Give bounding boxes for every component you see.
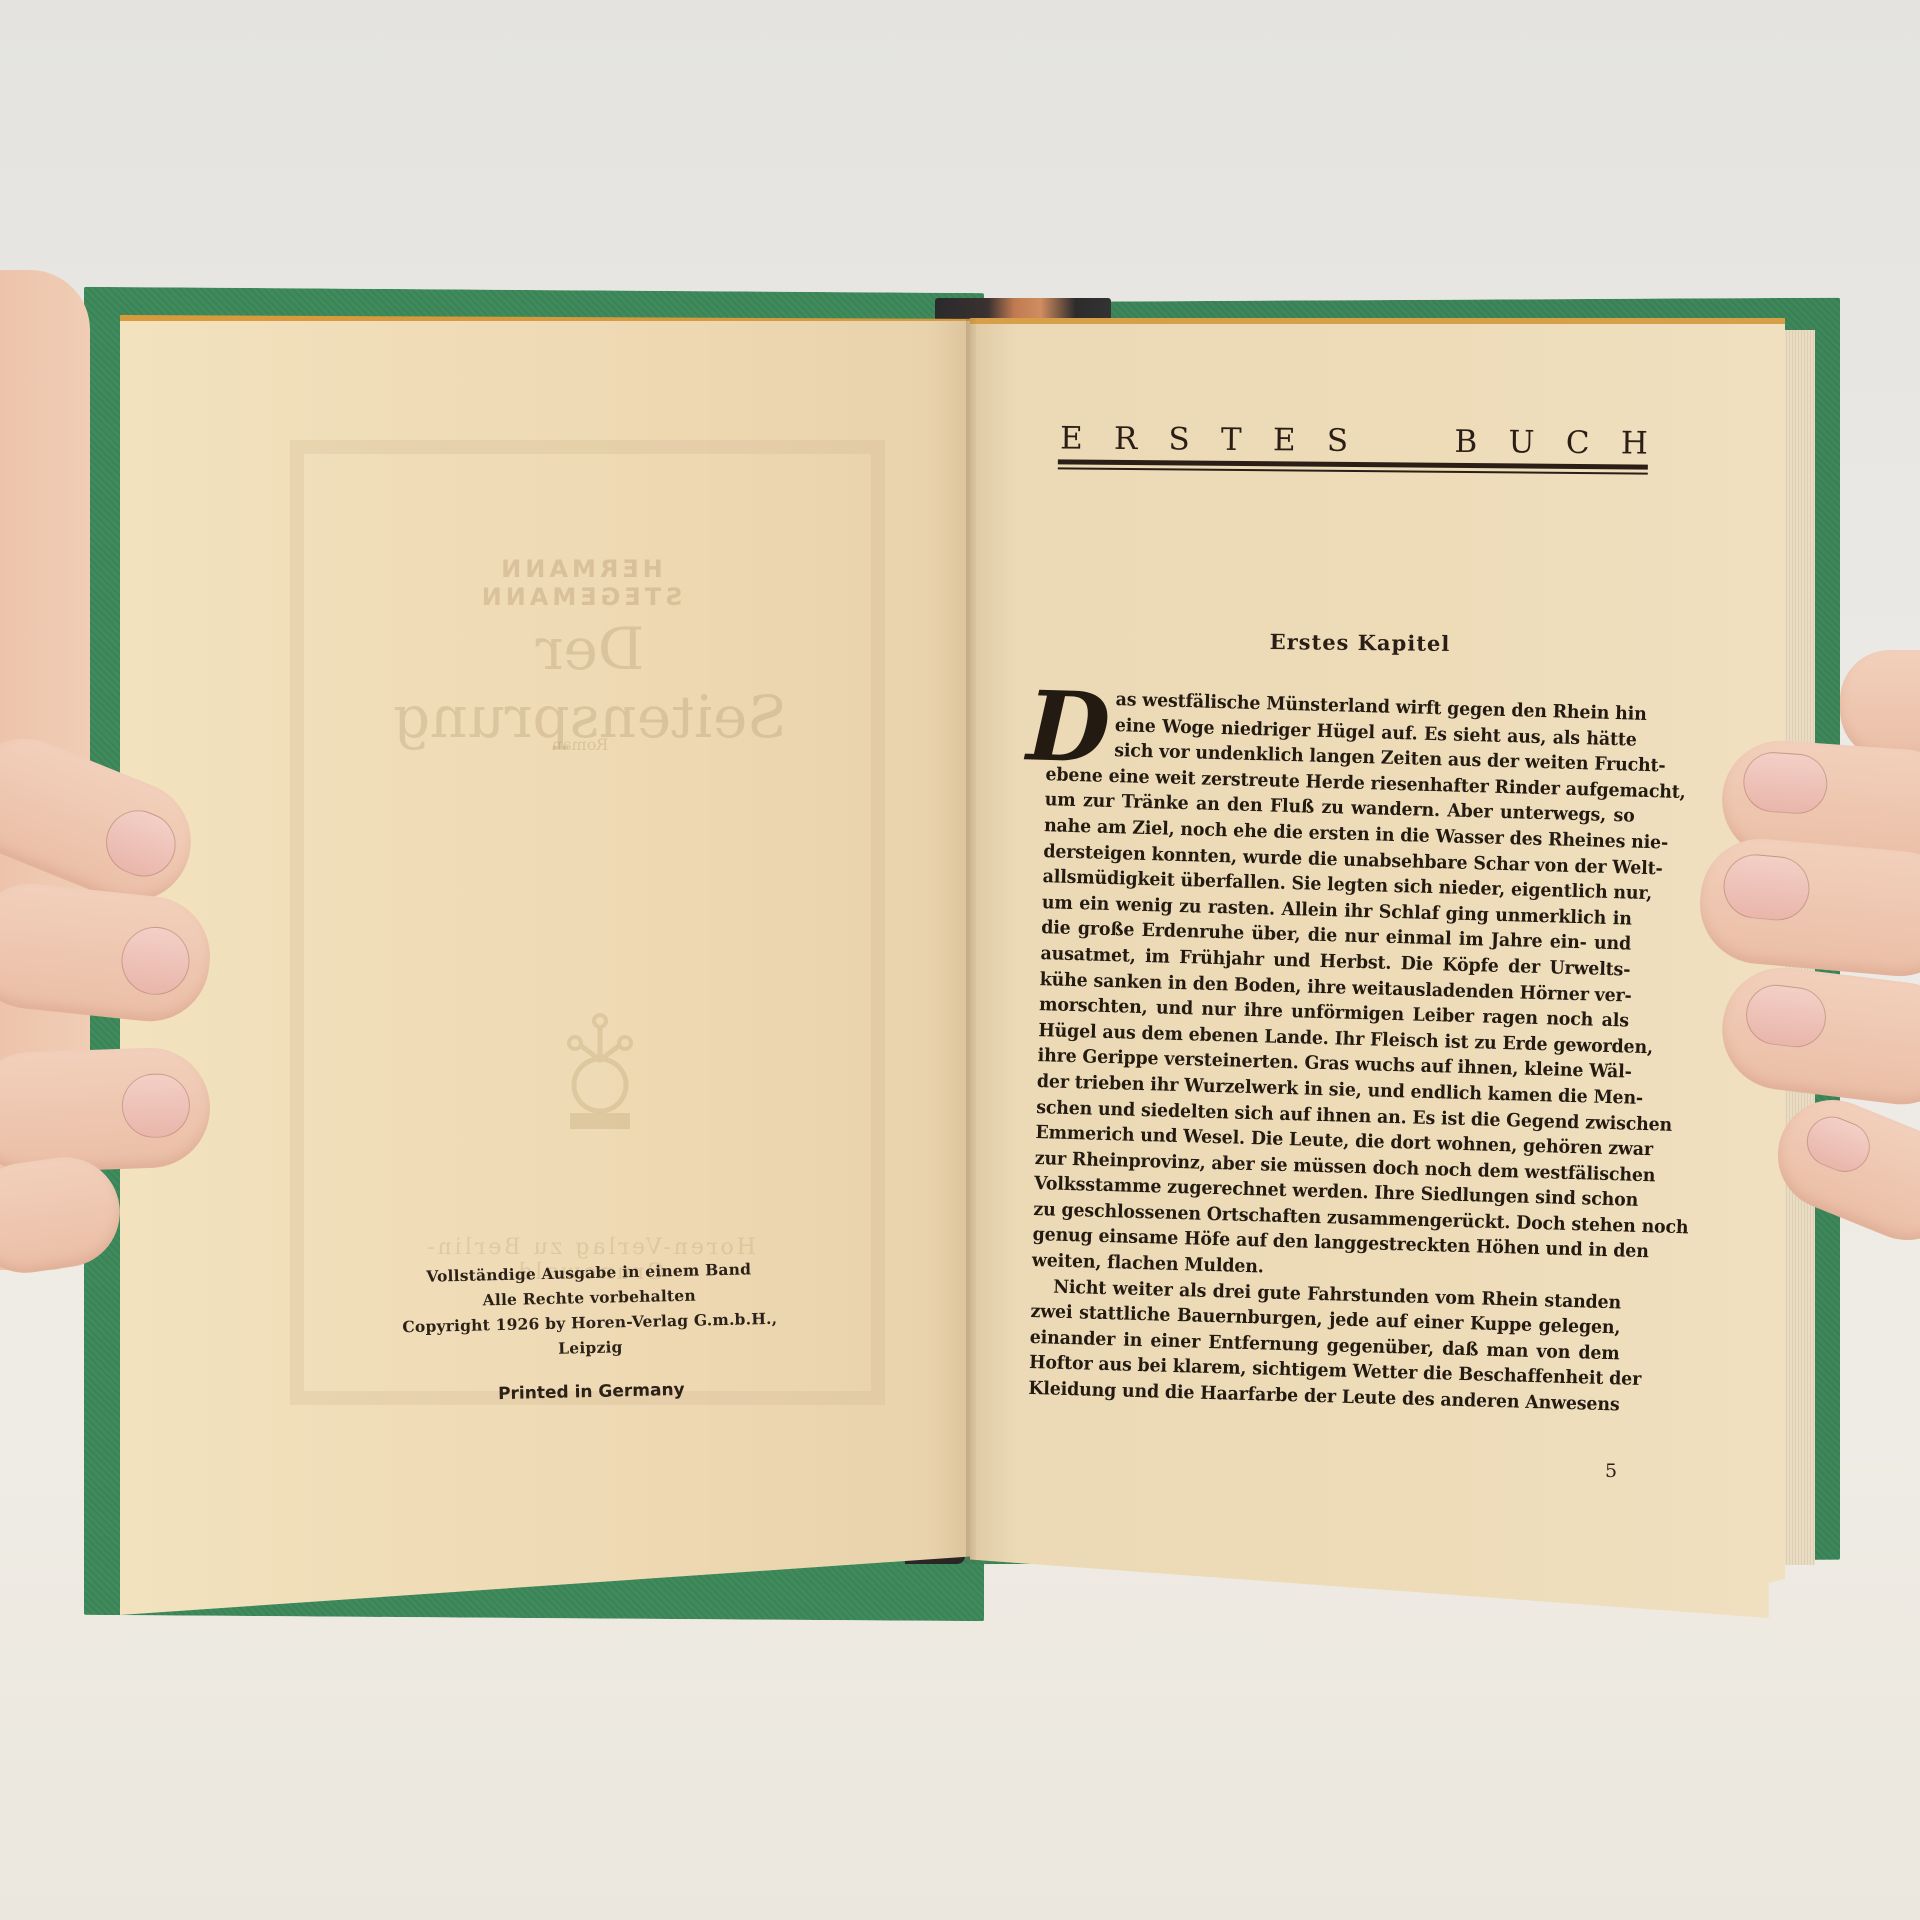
chapter-title: Erstes Kapitel [1150, 628, 1570, 657]
heading-letter: S [1168, 422, 1190, 456]
body-text: D as westfälische Münsterland wirft gege… [1028, 686, 1638, 1419]
bleed-through-title: Der Seitensprung [350, 615, 830, 751]
heading-letter: B [1454, 425, 1477, 459]
page-number: 5 [1605, 1460, 1617, 1482]
heading-letter: U [1508, 425, 1534, 459]
thumbnail [96, 801, 185, 887]
bleed-through-author: HERMANN STEGEMANN [410, 555, 750, 611]
imprint-block: Vollständige Ausgabe in einem Band Alle … [368, 1255, 811, 1407]
heading-letter: E [1273, 423, 1296, 457]
imprint-copyright: Copyright 1926 by Horen-Verlag G.m.b.H.,… [370, 1305, 811, 1365]
fingernail [1799, 1109, 1877, 1179]
fingernail [1721, 852, 1812, 923]
book-heading: E R S T E S B U C H [1058, 421, 1648, 474]
bleed-through-genre: Roman [510, 735, 650, 754]
left-hand-middle-finger [0, 1046, 212, 1174]
fingernail [1741, 750, 1829, 816]
book-gutter [966, 318, 976, 1563]
heading-letter: R [1114, 422, 1138, 456]
fingernail [118, 924, 193, 999]
photo-scene: HERMANN STEGEMANN Der Seitensprung Roman… [0, 0, 1920, 1920]
heading-letter: E [1060, 421, 1083, 455]
fingernail [121, 1073, 191, 1139]
publisher-logo-icon [555, 1005, 645, 1135]
right-hand-top-finger [1840, 650, 1920, 760]
heading-letter: C [1566, 426, 1590, 460]
heading-word-gap [1379, 424, 1423, 458]
heading-letter: H [1621, 426, 1648, 460]
heading-letter: T [1221, 423, 1242, 457]
heading-letter: S [1327, 424, 1349, 458]
fingernail [1743, 981, 1830, 1050]
